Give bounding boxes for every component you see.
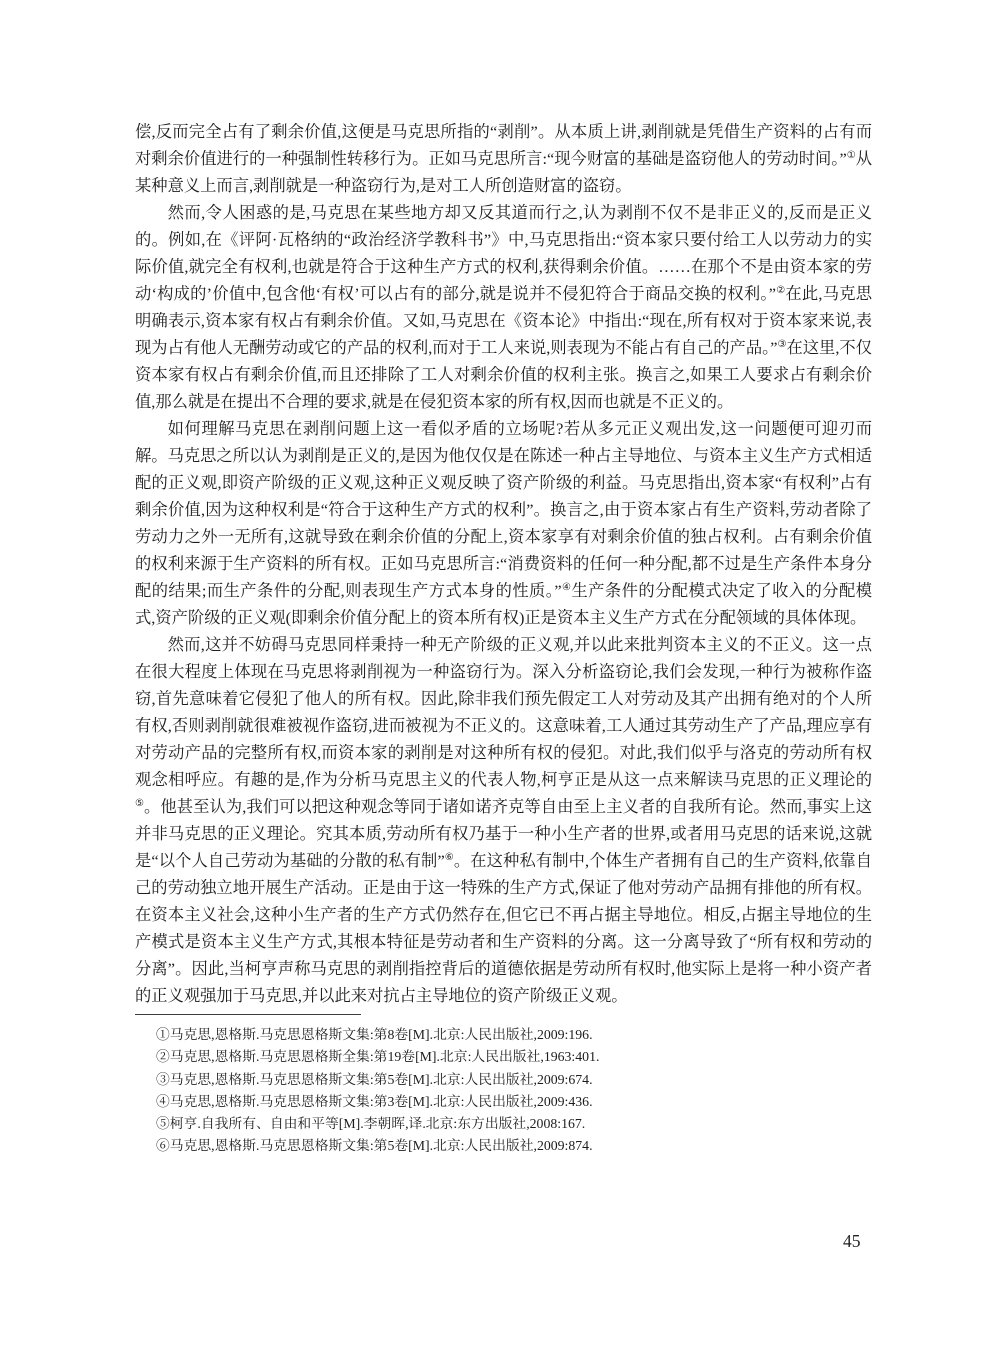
footnote: ⑥马克思,恩格斯.马克思恩格斯文集:第5卷[M].北京:人民出版社,2009:8… bbox=[156, 1135, 872, 1157]
paragraph: 然而,令人困惑的是,马克思在某些地方却又反其道而行之,认为剥削不仅不是非正义的,… bbox=[135, 199, 872, 415]
body-text: 偿,反而完全占有了剩余价值,这便是马克思所指的“剥削”。从本质上讲,剥削就是凭借… bbox=[135, 118, 872, 1158]
footnote: ⑤柯亨.自我所有、自由和平等[M].李朝晖,译.北京:东方出版社,2008:16… bbox=[156, 1113, 872, 1135]
footnote-marker: ④ bbox=[562, 582, 572, 593]
footnote-marker: ① bbox=[847, 150, 856, 161]
paragraph: 如何理解马克思在剥削问题上这一看似矛盾的立场呢?若从多元正义观出发,这一问题便可… bbox=[135, 415, 872, 631]
paragraph: 然而,这并不妨碍马克思同样秉持一种无产阶级的正义观,并以此来批判资本主义的不正义… bbox=[135, 631, 872, 1009]
footnote-marker: ② bbox=[776, 285, 785, 296]
footnotes: ①马克思,恩格斯.马克思恩格斯文集:第8卷[M].北京:人民出版社,2009:1… bbox=[135, 1024, 872, 1158]
footnote-marker: ⑤ bbox=[135, 798, 144, 809]
footnote: ①马克思,恩格斯.马克思恩格斯文集:第8卷[M].北京:人民出版社,2009:1… bbox=[156, 1024, 872, 1046]
footnote-marker: ⑥ bbox=[445, 852, 454, 863]
footnote: ③马克思,恩格斯.马克思恩格斯文集:第5卷[M].北京:人民出版社,2009:6… bbox=[156, 1069, 872, 1091]
footnote-separator bbox=[135, 1014, 361, 1015]
paragraph: 偿,反而完全占有了剩余价值,这便是马克思所指的“剥削”。从本质上讲,剥削就是凭借… bbox=[135, 118, 872, 199]
page-number: 45 bbox=[843, 1231, 861, 1252]
footnote-marker: ③ bbox=[778, 339, 787, 350]
body-paragraphs: 偿,反而完全占有了剩余价值,这便是马克思所指的“剥削”。从本质上讲,剥削就是凭借… bbox=[135, 118, 872, 1009]
footnote: ②马克思,恩格斯.马克思恩格斯全集:第19卷[M].北京:人民出版社,1963:… bbox=[156, 1046, 872, 1068]
footnote: ④马克思,恩格斯.马克思恩格斯文集:第3卷[M].北京:人民出版社,2009:4… bbox=[156, 1091, 872, 1113]
document-page: 偿,反而完全占有了剩余价值,这便是马克思所指的“剥削”。从本质上讲,剥削就是凭借… bbox=[0, 0, 1000, 1347]
